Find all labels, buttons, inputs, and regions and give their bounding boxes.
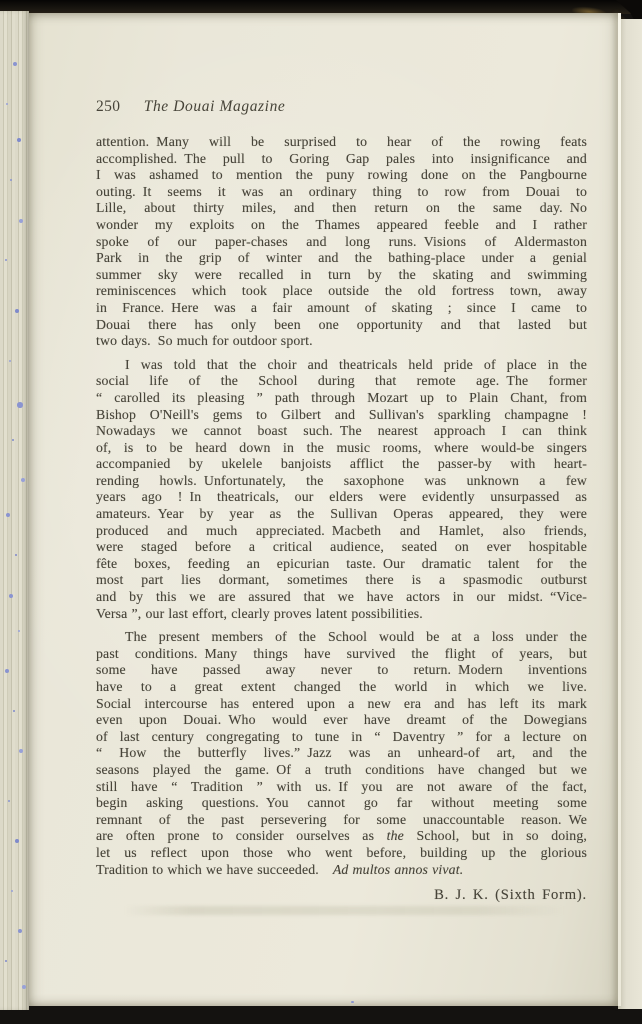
text-line: Bishop O'Neill's gems to Gilbert and Sul… bbox=[96, 407, 587, 424]
paragraph: attention. Many will be surprised to hea… bbox=[96, 134, 587, 350]
text-line: outing. It seems it was an ordinary thin… bbox=[96, 184, 587, 201]
text-line: social life of the School during that re… bbox=[96, 373, 587, 390]
blue-speckles bbox=[0, 11, 2, 13]
text-line: wonder my exploits on the Thames appeare… bbox=[96, 217, 587, 234]
text-line: even upon Douai. Who would ever have dre… bbox=[96, 712, 587, 729]
journal-title: The Douai Magazine bbox=[144, 98, 286, 115]
paragraph: I was told that the choir and theatrical… bbox=[96, 357, 587, 623]
text-line: Park in the grip of winter and the bathi… bbox=[96, 250, 587, 267]
text-line: accompanied by ukelele banjoists afflict… bbox=[96, 456, 587, 473]
text-line: Versa ”, our last effort, clearly proves… bbox=[96, 606, 587, 623]
text-line: and by this we are assured that we have … bbox=[96, 589, 587, 606]
paragraph: The present members of the School would … bbox=[96, 629, 587, 878]
text-line: Social intercourse has entered upon a ne… bbox=[96, 696, 587, 713]
text-line: summer sky were recalled in turn by the … bbox=[96, 267, 587, 284]
article-body: attention. Many will be surprised to hea… bbox=[96, 134, 587, 878]
text-line: “ carolled its pleasing ” path through M… bbox=[96, 390, 587, 407]
text-line: begin asking questions. You cannot go fa… bbox=[96, 795, 587, 812]
text-line: years ago ! In theatricals, our elders w… bbox=[96, 489, 587, 506]
page-number: 250 bbox=[96, 98, 120, 115]
text-line: two days. So much for outdoor sport. bbox=[96, 333, 587, 350]
text-line: I was told that the choir and theatrical… bbox=[96, 357, 587, 374]
text-line: produced and much appreciated. Macbeth a… bbox=[96, 523, 587, 540]
printed-text-block: 250 The Douai Magazine attention. Many w… bbox=[96, 97, 587, 904]
text-line: remnant of the past persevering for some… bbox=[96, 812, 587, 829]
text-line: some have passed away never to return. M… bbox=[96, 662, 587, 679]
text-line: I was ashamed to mention the puny rowing… bbox=[96, 167, 587, 184]
text-line: were staged before a critical audience, … bbox=[96, 539, 587, 556]
bottom-blue-speck bbox=[351, 1001, 354, 1003]
text-line: seasons played the game. Of a truth cond… bbox=[96, 762, 587, 779]
text-line: accomplished. The pull to Goring Gap pal… bbox=[96, 151, 587, 168]
text-line: Douai there has only been one opportunit… bbox=[96, 317, 587, 334]
text-line: of last century congregating to tune in … bbox=[96, 729, 587, 746]
text-line: reminiscences which took place outside t… bbox=[96, 283, 587, 300]
text-line: spoke of our paper-chases and long runs.… bbox=[96, 234, 587, 251]
text-line: “ How the butterfly lives.” Jazz was an … bbox=[96, 745, 587, 762]
text-line: still have “ Tradition ” with us. If you… bbox=[96, 779, 587, 796]
book-cover-top-edge bbox=[0, 0, 642, 14]
text-line: in France. Here was a fair amount of ska… bbox=[96, 300, 587, 317]
text-line: have to a great extent changed the world… bbox=[96, 679, 587, 696]
text-line: fête boxes, feeding an epicurian taste. … bbox=[96, 556, 587, 573]
show-through-smudge bbox=[124, 906, 565, 915]
author-signature: B. J. K. (Sixth Form). bbox=[96, 887, 587, 904]
text-line: amateurs. Year by year as the Sullivan O… bbox=[96, 506, 587, 523]
text-line: of, is to be heard down in the music roo… bbox=[96, 440, 587, 457]
text-line: Tradition to which we have succeeded. Ad… bbox=[96, 862, 587, 879]
book-scan: 250 The Douai Magazine attention. Many w… bbox=[0, 0, 642, 1024]
running-header: 250 The Douai Magazine bbox=[96, 97, 587, 117]
text-line: Nowadays we cannot boast such. The neare… bbox=[96, 423, 587, 440]
text-line: most part lies dormant, sometimes there … bbox=[96, 572, 587, 589]
magazine-page: 250 The Douai Magazine attention. Many w… bbox=[29, 13, 620, 1006]
text-line: past conditions. Many things have surviv… bbox=[96, 646, 587, 663]
text-line: are often prone to consider ourselves as… bbox=[96, 828, 587, 845]
text-line: Lille, about thirty miles, and then retu… bbox=[96, 200, 587, 217]
text-line: rending howls. Unfortunately, the saxoph… bbox=[96, 473, 587, 490]
text-line: let us reflect upon those who went befor… bbox=[96, 845, 587, 862]
page-edge-stack bbox=[0, 11, 29, 1010]
text-line: The present members of the School would … bbox=[96, 629, 587, 646]
facing-page-sliver bbox=[618, 19, 642, 1009]
text-line: attention. Many will be surprised to hea… bbox=[96, 134, 587, 151]
